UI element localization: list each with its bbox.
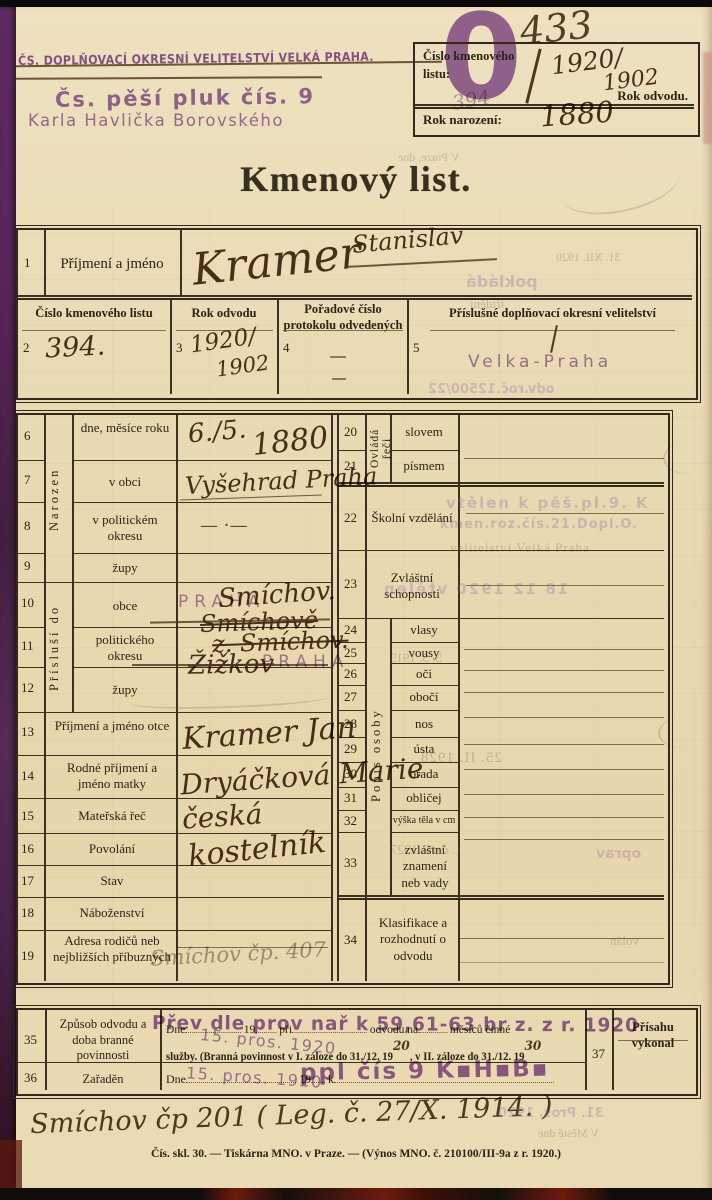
field-label: ústa	[392, 741, 456, 757]
kmenovy-list-document: ČS. DOPLŇOVACÍ OKRESNÍ VELITELSTVÍ VELKÁ…	[0, 0, 712, 1200]
row-number: 11	[21, 638, 34, 654]
binding-strip	[0, 7, 16, 1190]
field-label: Rodné příjmení a jméno matky	[52, 760, 172, 793]
field-label: brada	[392, 766, 456, 782]
row-number: 12	[21, 680, 34, 696]
col4-label: Pořadové číslo protokolu odvedených	[283, 302, 403, 333]
field-label: slovem	[392, 424, 456, 440]
binding-red-patch	[0, 1140, 22, 1192]
field-label: obličej	[392, 790, 456, 806]
field-label: Náboženství	[52, 905, 172, 921]
zaraden-label: Zařaděn	[48, 1072, 158, 1088]
col3-label: Rok odvodu	[174, 306, 274, 322]
field-label: v obci	[78, 474, 172, 490]
col2-value-handwritten: 394.	[44, 330, 106, 364]
field-label: vlasy	[392, 622, 456, 638]
surname-name-label: Příjmení a jméno	[48, 255, 176, 274]
field-label: Školní vzdělání	[368, 510, 456, 526]
row-number: 14	[21, 768, 34, 784]
field-label: zvláštní znamení neb vady	[394, 842, 456, 891]
field-label: Klasifikace a rozhodnutí o odvodu	[370, 915, 456, 964]
col2-label: Číslo kmenového listu	[22, 306, 166, 322]
row-number: 6	[24, 428, 31, 444]
row-number: 26	[344, 666, 357, 682]
velka-praha-stamp: Velka-Praha	[468, 352, 612, 372]
row-number: 20	[344, 424, 357, 440]
table-main	[16, 413, 670, 985]
group-narozen-label: Narozen	[47, 432, 62, 567]
row-number: 28	[344, 716, 357, 732]
row-number: 7	[24, 472, 31, 488]
cislo-kmenoveho-listu-label: Číslo kmenového listu:	[423, 48, 538, 83]
row-number: 22	[344, 510, 357, 526]
field-label: Povolání	[52, 841, 172, 857]
col4-dash-2	[332, 378, 346, 380]
row-number: 15	[21, 808, 34, 824]
field-label: Mateřská řeč	[52, 808, 172, 824]
row-number: 31	[344, 790, 357, 806]
imprint-footer: Čís. skl. 30. — Tiskárna MNO. v Praze. —…	[56, 1148, 656, 1160]
field-label: v politickém okresu	[78, 512, 172, 545]
row-number: 29	[344, 741, 357, 757]
row-number: 25	[344, 645, 357, 661]
field-label: Stav	[52, 873, 172, 889]
row-number: 30	[344, 766, 357, 782]
row-number: 35	[24, 1032, 37, 1048]
row-number: 16	[21, 841, 34, 857]
row-number: 19	[21, 948, 34, 964]
praha-stamp: PRAHA	[262, 652, 349, 672]
field-label: výška těla v cm	[392, 815, 456, 828]
row-number: 10	[21, 595, 34, 611]
bottom-black-bar	[0, 1188, 712, 1200]
row-number: 23	[344, 576, 357, 592]
field-label: nos	[392, 716, 456, 732]
field-label: politického okresu	[78, 632, 172, 665]
field-label: Příjmení a jméno otce	[52, 718, 172, 734]
regiment-stamp: ppl čís 9 K▪H▪B▪	[300, 1056, 550, 1086]
field-label: župy	[78, 560, 172, 576]
field-label: obočí	[392, 689, 456, 705]
group-prislusi-label: Přísluší do	[47, 592, 62, 704]
field-label: obce	[78, 598, 172, 614]
row1-number: 1	[24, 255, 31, 271]
col4-number: 4	[283, 340, 290, 356]
pesi-pluk-stamp: Čs. pěší pluk čís. 9	[55, 84, 315, 112]
right-edge-pink	[703, 52, 712, 144]
top-black-bar	[0, 0, 712, 7]
printed-word: Dne	[166, 1072, 186, 1086]
zpusob-odvodu-label: Způsob odvodu a doba branné povinnosti	[48, 1017, 158, 1064]
row-number: 27	[344, 689, 357, 705]
reserve2-year-hw: 30	[525, 1039, 542, 1054]
col5-label: Příslušné doplňovací okresní velitelství	[415, 306, 690, 322]
row-number: 13	[21, 724, 34, 740]
group-ovlada-reci-label: Ovládá řeči	[369, 418, 393, 478]
birthdate-day-hw: 6./5.	[187, 415, 248, 450]
col2-number: 2	[23, 340, 30, 356]
row-number: 9	[24, 558, 31, 574]
row-number: 36	[24, 1070, 37, 1086]
row-number: 18	[21, 905, 34, 921]
page-title: Kmenový list.	[176, 158, 536, 200]
mother-tongue-hw: česká	[181, 797, 263, 836]
field-label: dne, měsíce roku	[78, 420, 172, 436]
row-number: 33	[344, 855, 357, 871]
field-label: písmem	[392, 458, 456, 474]
row-number: 34	[344, 932, 357, 948]
row-number: 8	[24, 518, 31, 534]
row-number: 21	[344, 458, 357, 474]
field-label: Zvláštní schopnosti	[368, 570, 456, 603]
row-number: 17	[21, 873, 34, 889]
col5-number: 5	[413, 340, 420, 356]
col4-dash-1	[330, 356, 346, 358]
row-number: 32	[344, 813, 357, 829]
row-number: 24	[344, 622, 357, 638]
field-label: vousy	[392, 645, 456, 661]
field-label: župy	[78, 682, 172, 698]
reserve1-year-hw: 20	[393, 1039, 410, 1054]
rok-narozeni-label: Rok narození:	[423, 112, 502, 128]
rok-narozeni-value: 1880	[539, 94, 615, 133]
row-number: 37	[592, 1046, 605, 1062]
field-label: oči	[392, 666, 456, 682]
political-district-dash-hw: — ·—	[200, 515, 247, 536]
pluk-name-stamp: Karla Havlička Borovského	[28, 111, 284, 130]
group-popis-osoby-label: Popis osoby	[369, 680, 384, 830]
col3-number: 3	[176, 340, 183, 356]
